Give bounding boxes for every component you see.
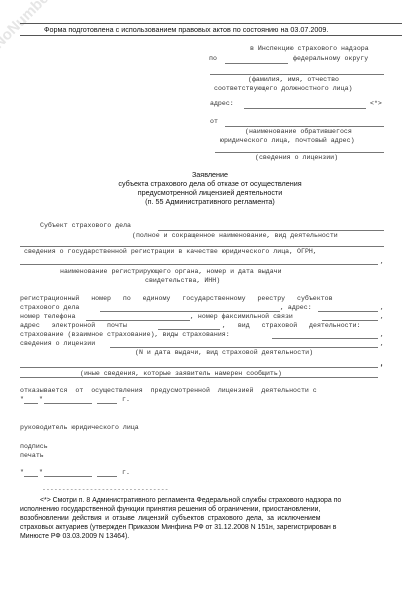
header-rule-bottom bbox=[20, 35, 402, 36]
registration-field[interactable] bbox=[20, 264, 378, 265]
addressee-district-label: федеральному округу bbox=[293, 55, 368, 62]
addressee-by-label: по bbox=[209, 55, 217, 62]
sig-month-field[interactable] bbox=[44, 476, 92, 477]
head-label: руководитель юридического лица bbox=[20, 424, 139, 431]
other-info-field-1[interactable] bbox=[20, 367, 378, 368]
comma: , bbox=[380, 331, 384, 338]
addressee-line1: в Инспекцию страхового надзора bbox=[250, 45, 369, 52]
reg-number-field[interactable] bbox=[100, 311, 280, 312]
comma: , bbox=[380, 340, 384, 347]
applicant-caption-1: (наименование обратившегося bbox=[245, 128, 352, 135]
sig-year-suffix: г. bbox=[122, 469, 130, 476]
refuse-month-field[interactable] bbox=[44, 403, 92, 404]
header-rule-top bbox=[20, 23, 402, 24]
license-field[interactable] bbox=[110, 347, 378, 348]
sig-day-field[interactable] bbox=[24, 476, 38, 477]
refuse-day-field[interactable] bbox=[24, 403, 38, 404]
insurance-types-label: страхование (взаимное страхование), виды… bbox=[20, 331, 230, 338]
footnote-line-4: страховых актуариев (утвержден Приказом … bbox=[20, 524, 336, 531]
comma: , bbox=[380, 258, 384, 265]
document-subtitle-1: субъекта страхового дела об отказе от ос… bbox=[0, 179, 420, 188]
footnote-line-2: исполнению государственной функции приня… bbox=[20, 506, 320, 513]
from-label: от bbox=[210, 118, 218, 125]
official-name-field[interactable] bbox=[210, 74, 384, 75]
sign-label: подпись bbox=[20, 443, 48, 450]
subject-caption: (полное и сокращенное наименование, вид … bbox=[132, 232, 338, 239]
registration-caption-3: свидетельства, ИНН) bbox=[145, 277, 220, 284]
header-note: Форма подготовлена с использованием прав… bbox=[44, 25, 328, 34]
address-field-2[interactable] bbox=[318, 311, 378, 312]
document-title: Заявление bbox=[0, 170, 420, 179]
license-info-field[interactable] bbox=[215, 152, 384, 153]
official-caption-2: соответствующего должностного лица) bbox=[214, 85, 353, 92]
date-quote-open: " bbox=[20, 396, 24, 403]
reg-number-line: регистрационный номер по единому государ… bbox=[20, 295, 333, 302]
document-subtitle-3: (п. 55 Административного регламента) bbox=[0, 197, 420, 206]
insurance-types-field[interactable] bbox=[272, 338, 378, 339]
comma: , bbox=[380, 313, 384, 320]
comma: , bbox=[380, 361, 384, 368]
registration-caption-2: наименование регистрирующего органа, ном… bbox=[60, 268, 282, 275]
official-caption-1: (фамилия, имя, отчество bbox=[248, 76, 339, 83]
sig-year-field[interactable] bbox=[97, 476, 117, 477]
license-info-caption: (сведения о лицензии) bbox=[255, 154, 338, 161]
stamp-label: печать bbox=[20, 452, 44, 459]
applicant-caption-2: юридического лица, почтовый адрес) bbox=[220, 137, 355, 144]
sig-date-quote-open: " bbox=[20, 469, 24, 476]
sig-date-quote-close: " bbox=[39, 469, 43, 476]
fax-field[interactable] bbox=[322, 320, 378, 321]
email-field[interactable] bbox=[158, 329, 220, 330]
footnote-separator: -------------------------------- bbox=[42, 486, 169, 493]
footnote-line-1: <*> Смотри п. 8 Административного реглам… bbox=[40, 497, 341, 504]
subject-label: Субъект страхового дела bbox=[40, 222, 131, 229]
insurer-label: страхового дела bbox=[20, 304, 79, 311]
comma: , bbox=[380, 304, 384, 311]
refuse-year-field[interactable] bbox=[97, 403, 117, 404]
license-caption: (N и дата выдачи, вид страховой деятельн… bbox=[135, 349, 313, 356]
subject-details-field[interactable] bbox=[20, 246, 384, 247]
district-field[interactable] bbox=[225, 63, 288, 64]
address-label-2: , адрес: bbox=[280, 304, 312, 311]
other-info-caption: (иные сведения, которые заявитель намере… bbox=[80, 370, 282, 377]
refuse-line: отказывается от осуществления предусмотр… bbox=[20, 387, 317, 394]
applicant-field[interactable] bbox=[225, 126, 384, 127]
activity-label: , вид страховой деятельности: bbox=[222, 322, 361, 329]
date-year-suffix: г. bbox=[122, 396, 130, 403]
phone-label: номер телефона bbox=[20, 313, 75, 320]
footnote-line-3: возобновлении действия и отзыве лицензий… bbox=[20, 515, 320, 522]
license-label: сведения о лицензии bbox=[20, 340, 95, 347]
address-field[interactable] bbox=[244, 108, 366, 109]
phone-field[interactable] bbox=[86, 320, 190, 321]
address-label: адрес: bbox=[210, 100, 234, 107]
registration-caption: сведения о государственной регистрации в… bbox=[24, 248, 317, 255]
other-info-field-2[interactable] bbox=[20, 377, 378, 378]
fax-label: , номер факсимильной связи bbox=[190, 313, 293, 320]
date-quote-close: " bbox=[39, 396, 43, 403]
document-page: NoNumber.ru Форма подготовлена с использ… bbox=[0, 0, 420, 600]
document-subtitle-2: предусмотренной лицензией деятельности bbox=[0, 188, 420, 197]
email-label: адрес электронной почты bbox=[20, 322, 127, 329]
subject-name-field[interactable] bbox=[158, 230, 384, 231]
address-footnote-mark: <*> bbox=[370, 100, 382, 107]
footnote-line-5: Минюсте РФ 03.03.2009 N 13464). bbox=[20, 533, 129, 540]
